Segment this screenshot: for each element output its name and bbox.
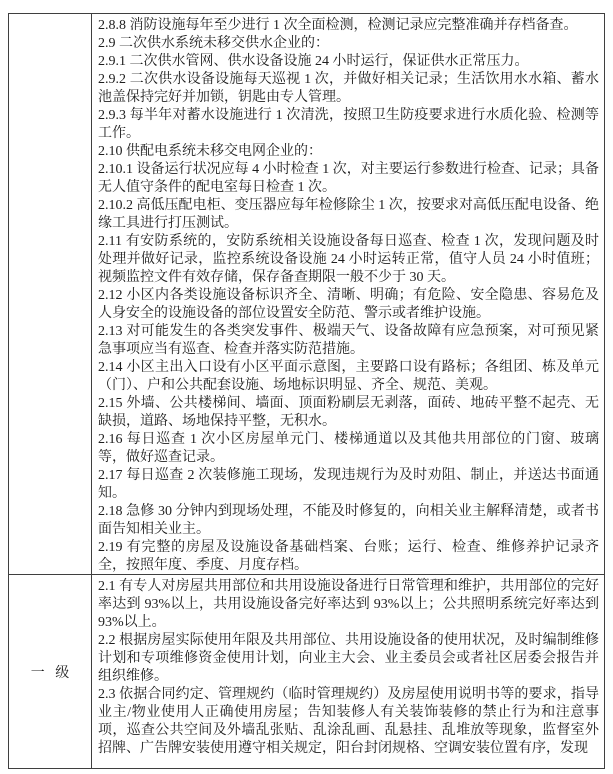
- clause-text: 2.18 急修 30 分钟内到现场处理，不能及时修复的，向相关业主解释清楚，或者…: [98, 503, 599, 539]
- clause-text: 2.13 对可能发生的各类突发事件、极端天气、设备故障有应急预案，对可预见紧急事…: [98, 323, 599, 359]
- clause-text: 2.8.8 消防设施每年至少进行 1 次全面检测，检测记录应完整准确并存档备查。: [98, 17, 599, 35]
- clauses-cell: 2.1 有专人对房屋共用部位和共用设施设备进行日常管理和维护，共用部位的完好率达…: [92, 575, 604, 768]
- level-cell: [9, 14, 92, 574]
- clause-text: 2.17 每日巡查 2 次装修施工现场，发现违规行为及时劝阻、制止，并送达书面通…: [98, 467, 599, 503]
- clause-text: 2.10.1 设备运行状况应每 4 小时检查 1 次，对主要运行参数进行检查、记…: [98, 161, 599, 197]
- standards-table: 2.8.8 消防设施每年至少进行 1 次全面检测，检测记录应完整准确并存档备查。…: [8, 13, 605, 769]
- clause-text: 2.10.2 高低压配电柜、变压器应每年检修除尘 1 次，按要求对高低压配电设备…: [98, 197, 599, 233]
- clause-text: 2.9.3 每半年对蓄水设施进行 1 次清洗，按照卫生防疫要求进行水质化验、检测…: [98, 107, 599, 143]
- clause-text: 2.2 根据房屋实际使用年限及共用部位、共用设施设备的使用状况，及时编制维修计划…: [98, 632, 599, 686]
- clause-text: 2.3 依据合同约定、管理规约（临时管理规约）及房屋使用说明书等的要求，指导业主…: [98, 686, 599, 758]
- table-row: 一 级 2.1 有专人对房屋共用部位和共用设施设备进行日常管理和维护，共用部位的…: [9, 575, 604, 768]
- document-page: 2.8.8 消防设施每年至少进行 1 次全面检测，检测记录应完整准确并存档备查。…: [0, 0, 613, 774]
- clause-text: 2.14 小区主出入口设有小区平面示意图，主要路口设有路标；各组团、栋及单元（门…: [98, 359, 599, 395]
- clause-text: 2.16 每日巡查 1 次小区房屋单元门、楼梯通道以及其他共用部位的门窗、玻璃等…: [98, 431, 599, 467]
- table-row: 2.8.8 消防设施每年至少进行 1 次全面检测，检测记录应完整准确并存档备查。…: [9, 14, 604, 575]
- clause-text: 2.10 供配电系统未移交电网企业的：: [98, 143, 599, 161]
- clause-text: 2.12 小区内各类设施设备标识齐全、清晰、明确；有危险、安全隐患、容易危及人身…: [98, 287, 599, 323]
- clause-text: 2.15 外墙、公共楼梯间、墙面、顶面粉刷层无剥落，面砖、地砖平整不起壳、无缺损…: [98, 395, 599, 431]
- level-label: 一 级: [31, 662, 70, 682]
- clause-text: 2.19 有完整的房屋及设施设备基础档案、台账；运行、检查、维修养护记录齐全，按…: [98, 539, 599, 574]
- clause-text: 2.11 有安防系统的，安防系统相关设施设备每日巡查、检查 1 次，发现问题及时…: [98, 233, 599, 287]
- clause-text: 2.9.1 二次供水管网、供水设备设施 24 小时运行，保证供水正常压力。: [98, 53, 599, 71]
- clause-text: 2.1 有专人对房屋共用部位和共用设施设备进行日常管理和维护，共用部位的完好率达…: [98, 578, 599, 632]
- clause-text: 2.9 二次供水系统未移交供水企业的：: [98, 35, 599, 53]
- clauses-cell: 2.8.8 消防设施每年至少进行 1 次全面检测，检测记录应完整准确并存档备查。…: [92, 14, 604, 574]
- level-cell: 一 级: [9, 575, 92, 768]
- clause-text: 2.9.2 二次供水设备设施每天巡视 1 次，并做好相关记录；生活饮用水水箱、蓄…: [98, 71, 599, 107]
